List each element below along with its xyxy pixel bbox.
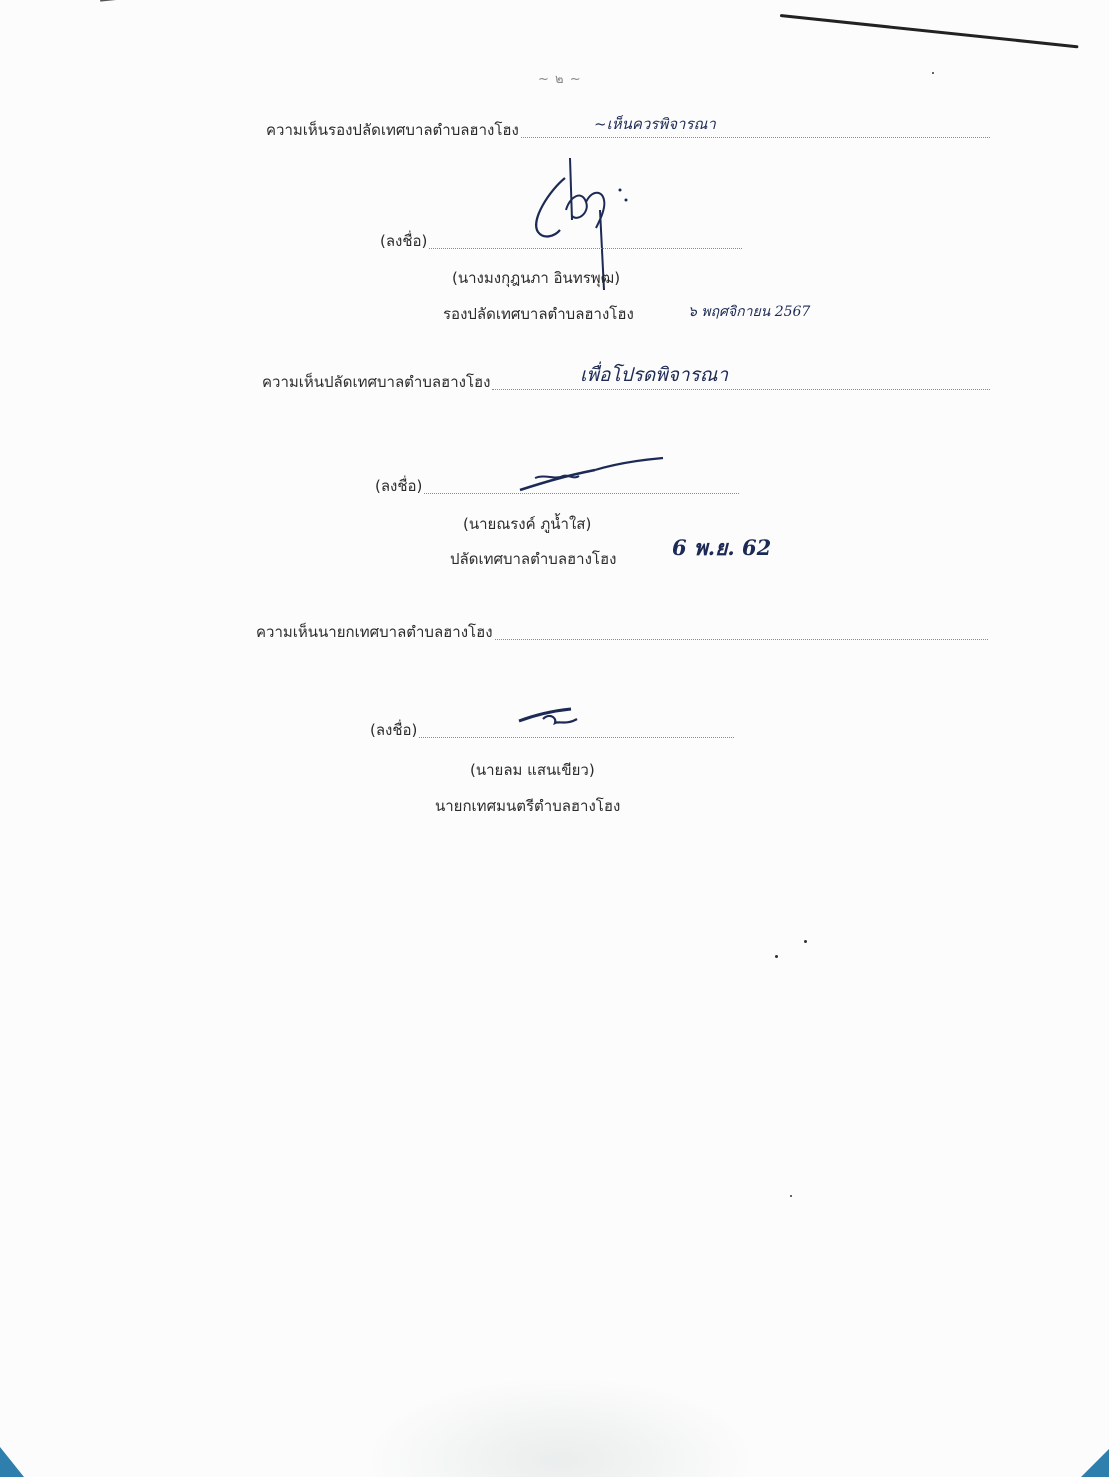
- dotted-fill-line: [429, 247, 742, 249]
- handwritten-comment: ~เห็นควรพิจารณา: [594, 112, 716, 136]
- scan-speck: [932, 72, 934, 74]
- dotted-fill-line: [492, 388, 990, 390]
- handwritten-comment: เพื่อโปรดพิจารณา: [580, 360, 728, 390]
- handwritten-date: 6 พ.ย. 62: [672, 532, 771, 565]
- signer-title: ปลัดเทศบาลตำบลฮางโฮง: [450, 547, 616, 571]
- comment-label: ความเห็นปลัดเทศบาลตำบลฮางโฮง: [262, 370, 490, 394]
- scanned-page: ~ ๒ ~ ความเห็นรองปลัดเทศบาลตำบลฮางโฮง ~เ…: [0, 0, 1109, 1477]
- dotted-fill-line: [419, 736, 734, 738]
- signer-name: (นายณรงค์ ภูน้ำใส): [463, 512, 591, 536]
- signature-line: (ลงชื่อ): [370, 718, 734, 742]
- paper-edge-mark: [780, 14, 1079, 48]
- signature-line: (ลงชื่อ): [380, 229, 742, 253]
- sign-label: (ลงชื่อ): [375, 474, 422, 498]
- mayor-comment-line: ความเห็นนายกเทศบาลตำบลฮางโฮง: [256, 620, 988, 644]
- dotted-fill-line: [495, 638, 988, 640]
- sign-label: (ลงชื่อ): [380, 229, 427, 253]
- signer-name: (นายลม แสนเขียว): [470, 758, 595, 782]
- scan-speck: [790, 1195, 792, 1197]
- signer-title: นายกเทศมนตรีตำบลฮางโฮง: [435, 794, 620, 818]
- dotted-fill-line: [424, 492, 739, 494]
- comment-label: ความเห็นนายกเทศบาลตำบลฮางโฮง: [256, 620, 493, 644]
- background-corner: [1081, 1449, 1109, 1477]
- signer-name: (นางมงกุฎนภา อินทรพุฒ): [452, 266, 620, 290]
- sign-label: (ลงชื่อ): [370, 718, 417, 742]
- scan-speck: [775, 955, 778, 958]
- scan-speck: [804, 940, 807, 943]
- background-corner: [0, 1447, 24, 1477]
- signer-title: รองปลัดเทศบาลตำบลฮางโฮง: [443, 302, 634, 326]
- signature-line: (ลงชื่อ): [375, 474, 739, 498]
- dotted-fill-line: [521, 136, 990, 138]
- handwritten-date: ๖ พฤศจิกายน 2567: [688, 301, 810, 323]
- comment-label: ความเห็นรองปลัดเทศบาลตำบลฮางโฮง: [266, 118, 519, 142]
- paper-edge-mark: [100, 0, 170, 2]
- page-number: ~ ๒ ~: [538, 68, 582, 89]
